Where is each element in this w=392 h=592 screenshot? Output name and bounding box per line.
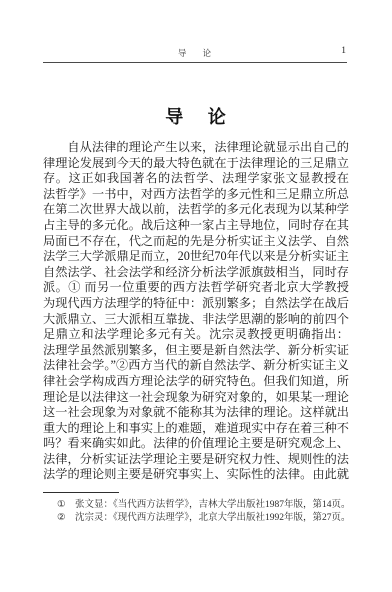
chapter-title: 导 论 xyxy=(0,103,392,129)
footnote-marker: ① xyxy=(57,499,75,512)
footnote-marker: ② xyxy=(57,512,75,525)
paragraph-line: 重大的理论上和事实上的难题，难道现实中存在着三种不同的法律 xyxy=(43,421,349,437)
footnote-divider xyxy=(43,492,119,493)
footnote-text: 张文显：《当代西方法哲学》，吉林大学出版社1987年版，第14页。 xyxy=(75,499,351,512)
footnotes: ① 张文显：《当代西方法哲学》，吉林大学出版社1987年版，第14页。 ② 沈宗… xyxy=(57,499,351,525)
paragraph-line: 足鼎立和法学理论多元有关。沈宗灵教授更明确指出：“现代西方 xyxy=(43,327,349,343)
paragraph-line: 律理论发展到今天的最大特色就在于法律理论的三足鼎立和多元共 xyxy=(43,156,349,172)
paragraph-line: 法律，分析实证法学理论主要是研究权力性、规则性的法律，而社会 xyxy=(43,452,349,468)
body-paragraph: 自从法律的理论产生以来，法律理论就显示出自己的特色。法 律理论发展到今天的最大特… xyxy=(43,140,349,483)
footnote-text: 沈宗灵：《现代西方法理学》，北京大学出版社1992年版，第27页。 xyxy=(75,512,351,525)
paragraph-line: 法哲学》一书中，对西方法哲学的多元性和三足鼎立所总结的那样。 xyxy=(43,187,349,203)
paragraph-line: 局面已不存在，代之而起的先是分析实证主义法学、自然法学和社会 xyxy=(43,234,349,250)
paragraph-line: 自从法律的理论产生以来，法律理论就显示出自己的特色。法 xyxy=(43,140,349,156)
paragraph-line: 法学的理论则主要是研究事实上、实际性的法律。由此就形成了相 xyxy=(43,467,349,483)
paragraph-line: 律社会学构成西方理论法学的研究特色。但我们知道，所谓的法律 xyxy=(43,374,349,390)
running-header-title: 导 论 xyxy=(43,47,347,59)
page-number: 1 xyxy=(341,46,346,56)
paragraph-line: 理论是以法律这一社会现象为研究对象的，如果某一理论不以法律 xyxy=(43,390,349,406)
paragraph-line: 法理学虽然派别繁多，但主要是新自然法学、新分析实证主义法学和 xyxy=(43,343,349,359)
paragraph-line: 这一社会现象为对象就不能称其为法律的理论。这样就出现了一个 xyxy=(43,405,349,421)
running-header: 导 论 1 xyxy=(43,45,347,63)
paragraph-line: 占主导的多元化。战后这种一家占主导地位，同时存在其他学派的 xyxy=(43,218,349,234)
paragraph-line: 在第二次世界大战以前，法哲学的多元化表现为以某种学说或学派 xyxy=(43,202,349,218)
paragraph-line: 大派鼎立、三大派相互靠拢、非法学思潮的影响的前四个特征都与三 xyxy=(43,312,349,328)
paragraph-line: 为现代西方法理学的特征中：派别繁多；自然法学在战后的复兴、三 xyxy=(43,296,349,312)
paragraph-line: 法律社会学。”②西方当代的新自然法学、新分析实证主义法学和法 xyxy=(43,358,349,374)
paragraph-line: 派。① 而另一位重要的西方法哲学研究者北京大学教授沈宗灵也认 xyxy=(43,280,349,296)
paragraph-line: 吗？看来确实如此。法律的价值理论主要是研究观念上、理想性的 xyxy=(43,436,349,452)
footnote-item: ② 沈宗灵：《现代西方法理学》，北京大学出版社1992年版，第27页。 xyxy=(57,512,351,525)
paragraph-line: 存。这正如我国著名的法哲学、法理学家张文显教授在《当代西方 xyxy=(43,171,349,187)
footnote-item: ① 张文显：《当代西方法哲学》，吉林大学出版社1987年版，第14页。 xyxy=(57,499,351,512)
book-page: 导 论 1 导 论 自从法律的理论产生以来，法律理论就显示出自己的特色。法 律理… xyxy=(0,0,392,592)
paragraph-line: 自然法学、社会法学和经济分析法学派旗鼓相当，同时存在若干小学 xyxy=(43,265,349,281)
paragraph-line: 法学三大学派鼎足而立，20世纪70年代以来是分析实证主义法学、 xyxy=(43,249,349,265)
